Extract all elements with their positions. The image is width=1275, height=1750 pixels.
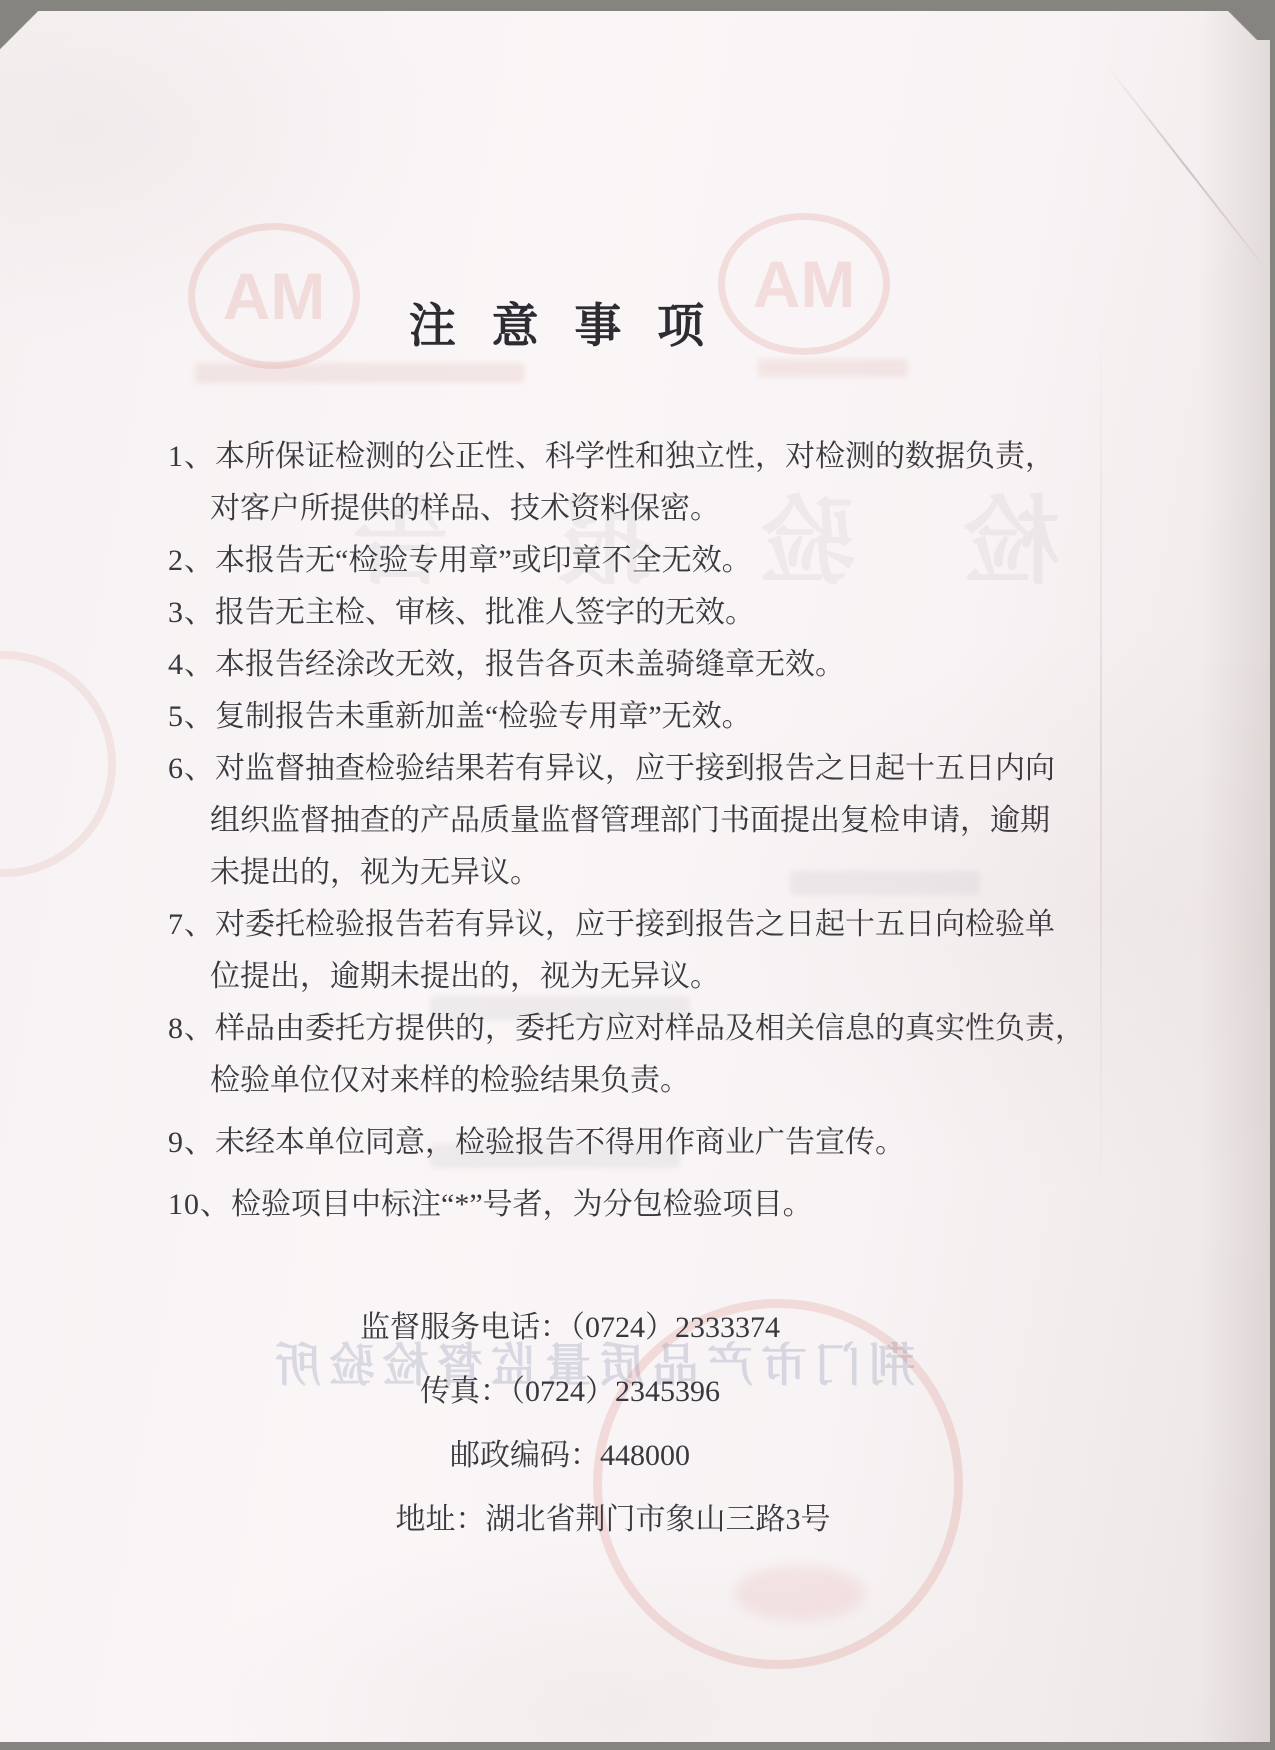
note-text: 本报告经涂改无效，报告各页未盖骑缝章无效。 (215, 648, 845, 681)
paper-edge-shadow (1200, 11, 1270, 1742)
note-item-2: 2、本报告无“检验专用章”或印章不全无效。 (168, 535, 1048, 587)
notes-list: 1、本所保证检测的公正性、科学性和独立性，对检测的数据负责， 对客户所提供的样品… (168, 431, 1048, 1231)
note-number: 2、 (168, 544, 215, 577)
note-item-10: 10、检验项目中标注“*”号者，为分包检验项目。 (168, 1179, 1048, 1231)
note-text: 位提出，逾期未提出的，视为无异议。 (168, 951, 1048, 1003)
bleedthrough-stamp-left-edge (0, 651, 116, 877)
note-text: 组织监督抽查的产品质量监督管理部门书面提出复检申请，逾期 (168, 795, 1048, 847)
paper-crease-vertical (1100, 311, 1102, 1211)
note-number: 1、 (168, 440, 215, 473)
note-item-4: 4、本报告经涂改无效，报告各页未盖骑缝章无效。 (168, 639, 1048, 691)
address: 地址：湖北省荆门市象山三路3号 (43, 1500, 1183, 1564)
note-text: 样品由委托方提供的，委托方应对样品及相关信息的真实性负责， (215, 1012, 1085, 1045)
note-text: 本所保证检测的公正性、科学性和独立性，对检测的数据负责， (215, 440, 1055, 473)
postal-code: 邮政编码：448000 (0, 1436, 1140, 1500)
note-text: 对委托检验报告若有异议，应于接到报告之日起十五日向检验单 (215, 908, 1055, 941)
note-item-9: 9、未经本单位同意，检验报告不得用作商业广告宣传。 (168, 1117, 1048, 1169)
contact-block: 监督服务电话：（0724）2333374 传真：（0724）2345396 邮政… (0, 1308, 1140, 1564)
scanned-page: MA MA 检 验 报 告 荆门市产品质量监督检验所 注 意 事 项 1、本所保… (0, 0, 1275, 1750)
note-item-6: 6、对监督抽查检验结果若有异议，应于接到报告之日起十五日内向 组织监督抽查的产品… (168, 743, 1048, 899)
paper-sheet: MA MA 检 验 报 告 荆门市产品质量监督检验所 注 意 事 项 1、本所保… (0, 11, 1270, 1742)
note-item-1: 1、本所保证检测的公正性、科学性和独立性，对检测的数据负责， 对客户所提供的样品… (168, 431, 1048, 535)
note-number: 7、 (168, 908, 215, 941)
note-item-7: 7、对委托检验报告若有异议，应于接到报告之日起十五日向检验单 位提出，逾期未提出… (168, 899, 1048, 1003)
note-text: 未经本单位同意，检验报告不得用作商业广告宣传。 (215, 1126, 905, 1159)
note-text: 报告无主检、审核、批准人签字的无效。 (215, 596, 755, 629)
note-number: 4、 (168, 648, 215, 681)
supervision-phone: 监督服务电话：（0724）2333374 (0, 1308, 1140, 1372)
note-number: 10、 (168, 1188, 231, 1221)
page-title: 注 意 事 项 (0, 289, 1125, 356)
note-item-3: 3、报告无主检、审核、批准人签字的无效。 (168, 587, 1048, 639)
note-text: 本报告无“检验专用章”或印章不全无效。 (215, 544, 752, 577)
note-number: 8、 (168, 1012, 215, 1045)
note-text: 检验项目中标注“*”号者，为分包检验项目。 (231, 1188, 813, 1221)
scanner-corner-top-left (0, 0, 70, 58)
bleedthrough-red-text-strip (758, 359, 908, 377)
bleedthrough-red-text-strip (195, 363, 525, 383)
note-item-5: 5、复制报告未重新加盖“检验专用章”无效。 (168, 691, 1048, 743)
note-number: 6、 (168, 752, 215, 785)
note-number: 5、 (168, 700, 215, 733)
note-text: 复制报告未重新加盖“检验专用章”无效。 (215, 700, 752, 733)
scanner-corner-top-right (1125, 0, 1275, 40)
note-text: 未提出的，视为无异议。 (168, 847, 1048, 899)
note-text: 检验单位仅对来样的检验结果负责。 (168, 1055, 1048, 1107)
note-item-8: 8、样品由委托方提供的，委托方应对样品及相关信息的真实性负责， 检验单位仅对来样… (168, 1003, 1048, 1107)
note-text: 对监督抽查检验结果若有异议，应于接到报告之日起十五日内向 (215, 752, 1055, 785)
note-number: 9、 (168, 1126, 215, 1159)
note-number: 3、 (168, 596, 215, 629)
bleedthrough-stamp-smudge (735, 1566, 865, 1621)
note-text: 对客户所提供的样品、技术资料保密。 (168, 483, 1048, 535)
fax-number: 传真：（0724）2345396 (0, 1372, 1140, 1436)
